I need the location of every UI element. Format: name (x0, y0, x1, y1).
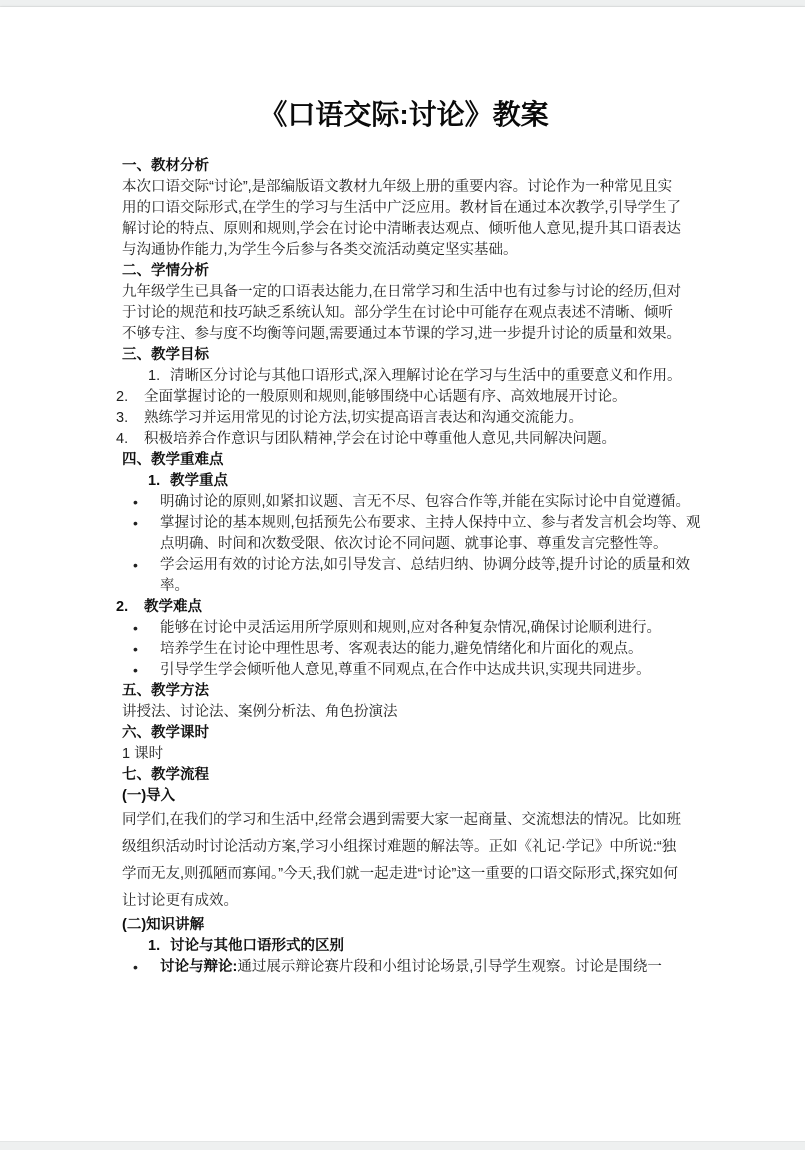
paragraph-material-analysis: 本次口语交际“讨论”,是部编版语文教材九年级上册的重要内容。讨论作为一种常见且实… (122, 177, 686, 261)
bullet-icon: • (133, 555, 160, 576)
difficult-point-bullet-1: • 能够在讨论中灵活运用所学原则和规则,应对各种复杂情况,确保讨论顺利进行。 (133, 618, 702, 639)
list-number: 1. (148, 366, 170, 387)
bullet-bold-label: 讨论与辩论: (160, 959, 237, 975)
goal-item-1: 1. 清晰区分讨论与其他口语形式,深入理解讨论在学习与生活中的重要意义和作用。 (148, 366, 702, 387)
bullet-icon: • (133, 957, 160, 978)
key-point-bullet-2: • 掌握讨论的基本规则,包括预先公布要求、主持人保持中立、参与者发言机会均等、观… (133, 513, 702, 555)
bullet-text: 引导学生学会倾听他人意见,尊重不同观点,在合作中达成共识,实现共同进步。 (160, 660, 702, 681)
list-number: 2. (116, 597, 144, 618)
part-heading-knowledge-explanation: (二)知识讲解 (122, 915, 686, 936)
document-title: 《口语交际:讨论》教案 (122, 95, 686, 135)
list-number: 3. (116, 408, 144, 429)
section-heading-material-analysis: 一、教材分析 (122, 156, 686, 177)
difficult-point-bullet-3: • 引导学生学会倾听他人意见,尊重不同观点,在合作中达成共识,实现共同进步。 (133, 660, 702, 681)
bullet-icon: • (133, 660, 160, 681)
list-item-text: 全面掌握讨论的一般原则和规则,能够围绕中心话题有序、高效地展开讨论。 (144, 387, 702, 408)
knowledge-item-1: 1. 讨论与其他口语形式的区别 (148, 936, 702, 957)
bullet-text: 培养学生在讨论中理性思考、客观表达的能力,避免情绪化和片面化的观点。 (160, 639, 702, 660)
bullet-icon: • (133, 618, 160, 639)
page-content: 《口语交际:讨论》教案 一、教材分析 本次口语交际“讨论”,是部编版语文教材九年… (0, 7, 805, 978)
list-number: 1. (148, 471, 170, 492)
bullet-icon: • (133, 492, 160, 513)
paragraph-teaching-methods: 讲授法、讨论法、案例分析法、角色扮演法 (122, 702, 686, 723)
section-heading-learner-analysis: 二、学情分析 (122, 261, 686, 282)
list-number: 2. (116, 387, 144, 408)
paragraph-introduction: 同学们,在我们的学习和生活中,经常会遇到需要大家一起商量、交流想法的情况。比如班… (122, 807, 686, 915)
list-item-text: 清晰区分讨论与其他口语形式,深入理解讨论在学习与生活中的重要意义和作用。 (170, 366, 702, 387)
section-heading-teaching-goals: 三、教学目标 (122, 345, 686, 366)
section-heading-teaching-methods: 五、教学方法 (122, 681, 686, 702)
subsection-title: 教学重点 (170, 471, 702, 492)
list-number: 1. (148, 936, 170, 957)
subsection-difficult-points: 2. 教学难点 (116, 597, 702, 618)
section-heading-key-difficult-points: 四、教学重难点 (122, 450, 686, 471)
viewer-background-bottom (0, 1141, 805, 1150)
paragraph-class-hours: 1 课时 (122, 744, 686, 765)
knowledge-bullet-discussion-vs-debate: • 讨论与辩论:通过展示辩论赛片段和小组讨论场景,引导学生观察。讨论是围绕一 (133, 957, 702, 978)
bullet-text: 学会运用有效的讨论方法,如引导发言、总结归纳、协调分歧等,提升讨论的质量和效率。 (160, 555, 702, 597)
key-point-bullet-3: • 学会运用有效的讨论方法,如引导发言、总结归纳、协调分歧等,提升讨论的质量和效… (133, 555, 702, 597)
difficult-point-bullet-2: • 培养学生在讨论中理性思考、客观表达的能力,避免情绪化和片面化的观点。 (133, 639, 702, 660)
part-heading-introduction: (一)导入 (122, 786, 686, 807)
knowledge-item-title: 讨论与其他口语形式的区别 (170, 936, 702, 957)
goal-item-4: 4. 积极培养合作意识与团队精神,学会在讨论中尊重他人意见,共同解决问题。 (116, 429, 702, 450)
list-item-text: 积极培养合作意识与团队精神,学会在讨论中尊重他人意见,共同解决问题。 (144, 429, 702, 450)
goal-item-2: 2. 全面掌握讨论的一般原则和规则,能够围绕中心话题有序、高效地展开讨论。 (116, 387, 702, 408)
key-point-bullet-1: • 明确讨论的原则,如紧扣议题、言无不尽、包容合作等,并能在实际讨论中自觉遵循。 (133, 492, 702, 513)
subsection-key-points: 1. 教学重点 (148, 471, 702, 492)
viewer-background-top (0, 0, 805, 7)
document-viewer: 《口语交际:讨论》教案 一、教材分析 本次口语交际“讨论”,是部编版语文教材九年… (0, 0, 805, 1150)
subsection-title: 教学难点 (144, 597, 702, 618)
goal-item-3: 3. 熟练学习并运用常见的讨论方法,切实提高语言表达和沟通交流能力。 (116, 408, 702, 429)
bullet-text: 能够在讨论中灵活运用所学原则和规则,应对各种复杂情况,确保讨论顺利进行。 (160, 618, 702, 639)
document-page: 《口语交际:讨论》教案 一、教材分析 本次口语交际“讨论”,是部编版语文教材九年… (0, 7, 805, 1141)
section-heading-teaching-process: 七、教学流程 (122, 765, 686, 786)
bullet-icon: • (133, 639, 160, 660)
bullet-regular-text: 通过展示辩论赛片段和小组讨论场景,引导学生观察。讨论是围绕一 (237, 959, 662, 975)
paragraph-learner-analysis: 九年级学生已具备一定的口语表达能力,在日常学习和生活中也有过参与讨论的经历,但对… (122, 282, 686, 345)
bullet-text: 掌握讨论的基本规则,包括预先公布要求、主持人保持中立、参与者发言机会均等、观点明… (160, 513, 702, 555)
list-item-text: 熟练学习并运用常见的讨论方法,切实提高语言表达和沟通交流能力。 (144, 408, 702, 429)
list-number: 4. (116, 429, 144, 450)
bullet-icon: • (133, 513, 160, 534)
section-heading-class-hours: 六、教学课时 (122, 723, 686, 744)
bullet-text: 明确讨论的原则,如紧扣议题、言无不尽、包容合作等,并能在实际讨论中自觉遵循。 (160, 492, 702, 513)
bullet-text: 讨论与辩论:通过展示辩论赛片段和小组讨论场景,引导学生观察。讨论是围绕一 (160, 957, 702, 978)
